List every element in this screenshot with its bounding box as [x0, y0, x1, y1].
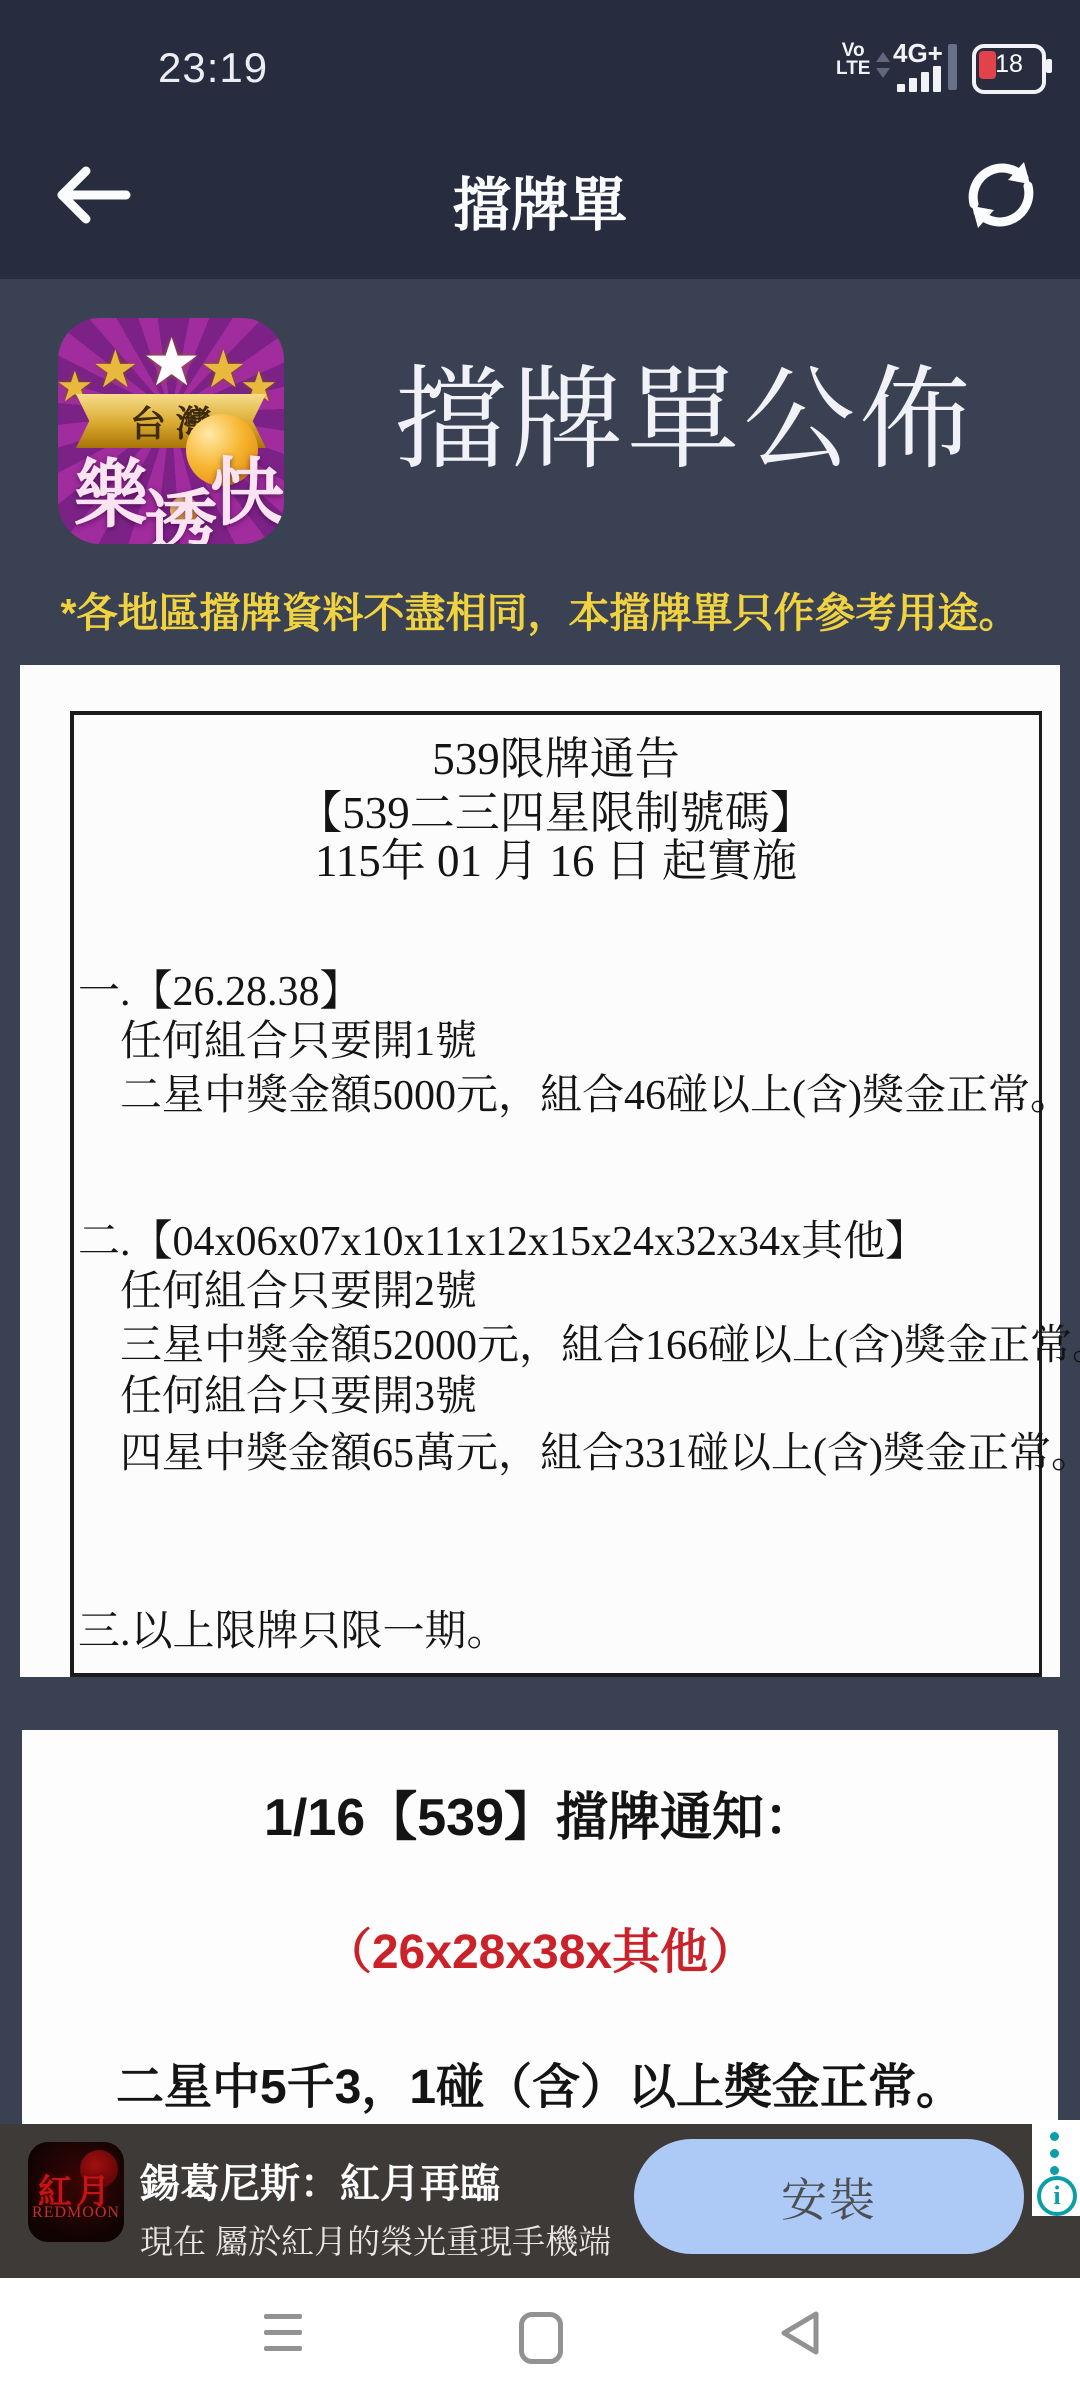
app-screen: 23:19 Vo LTE 4G+ 18 擋牌單 [0, 0, 1080, 2400]
doc-section3: 三.以上限牌只限一期。 [78, 1598, 509, 1658]
doc-effective-date: 115年 01 月 16 日 起實施 [70, 824, 1042, 889]
ad-banner[interactable]: 紅月 REDMOON 錫葛尼斯：紅月再臨 現在 屬於紅月的榮光重現手機端 安裝 … [0, 2124, 1080, 2278]
sim2-signal-icon [948, 44, 957, 90]
app-logo: ★ ★ ★ ★ ★ 台灣 樂 透 快 [58, 318, 284, 544]
disclaimer-text: *各地區擋牌資料不盡相同，本擋牌單只作參考用途。 [0, 580, 1080, 639]
recents-menu-icon[interactable] [264, 2314, 302, 2352]
doc-section1-rule: 任何組合只要開1號 [120, 1008, 477, 1068]
app-name-char: 透 [144, 466, 218, 544]
system-nav-bar [0, 2278, 1080, 2400]
doc-section2-rule1: 任何組合只要開2號 [120, 1258, 477, 1318]
summary-blocked-numbers: （26x28x38x其他） [22, 1913, 1058, 1982]
notice-document-image: 539限牌通告 【539二三四星限制號碼】 115年 01 月 16 日 起實施… [20, 665, 1060, 1677]
doc-section2-rule2: 任何組合只要開3號 [120, 1363, 477, 1423]
header-bar: 23:19 Vo LTE 4G+ 18 擋牌單 [0, 0, 1080, 279]
install-button[interactable]: 安裝 [634, 2139, 1024, 2254]
status-time: 23:19 [158, 44, 268, 92]
star-icon: ★ [92, 340, 139, 400]
battery-icon: 18 [972, 44, 1046, 94]
refresh-button[interactable] [958, 152, 1044, 238]
data-activity-icon [876, 52, 890, 86]
ad-info-icon[interactable]: i [1037, 2176, 1077, 2216]
star-icon: ★ [142, 324, 201, 401]
battery-percent: 18 [976, 50, 1042, 79]
ad-subtitle: 現在 屬於紅月的榮光重現手機端 [140, 2216, 611, 2263]
doc-section2-detail2: 四星中獎金額65萬元，組合331碰以上(含)獎金正常。 [120, 1420, 1080, 1480]
ad-title: 錫葛尼斯：紅月再臨 [140, 2152, 500, 2209]
page-headline: 擋牌單公佈 [300, 330, 1070, 491]
signal-strength-icon [897, 66, 941, 92]
summary-detail: 二星中5千3，1碰（含）以上獎金正常。 [22, 2048, 1058, 2117]
nav-back-icon[interactable] [778, 2310, 822, 2356]
page-title: 擋牌單 [0, 158, 1080, 242]
home-icon[interactable] [519, 2312, 563, 2364]
doc-section1-detail: 二星中獎金額5000元，組合46碰以上(含)獎金正常。 [120, 1062, 1072, 1122]
ad-game-icon[interactable]: 紅月 REDMOON [28, 2142, 124, 2242]
network-type-label: 4G+ [893, 38, 943, 69]
app-name-char: 快 [210, 434, 284, 540]
notice-summary-card: 1/16【539】擋牌通知： （26x28x38x其他） 二星中5千3，1碰（含… [22, 1730, 1058, 2124]
volte-icon: Vo LTE [836, 42, 870, 78]
summary-title: 1/16【539】擋牌通知： [22, 1775, 1058, 1850]
app-name-char: 樂 [74, 436, 148, 542]
